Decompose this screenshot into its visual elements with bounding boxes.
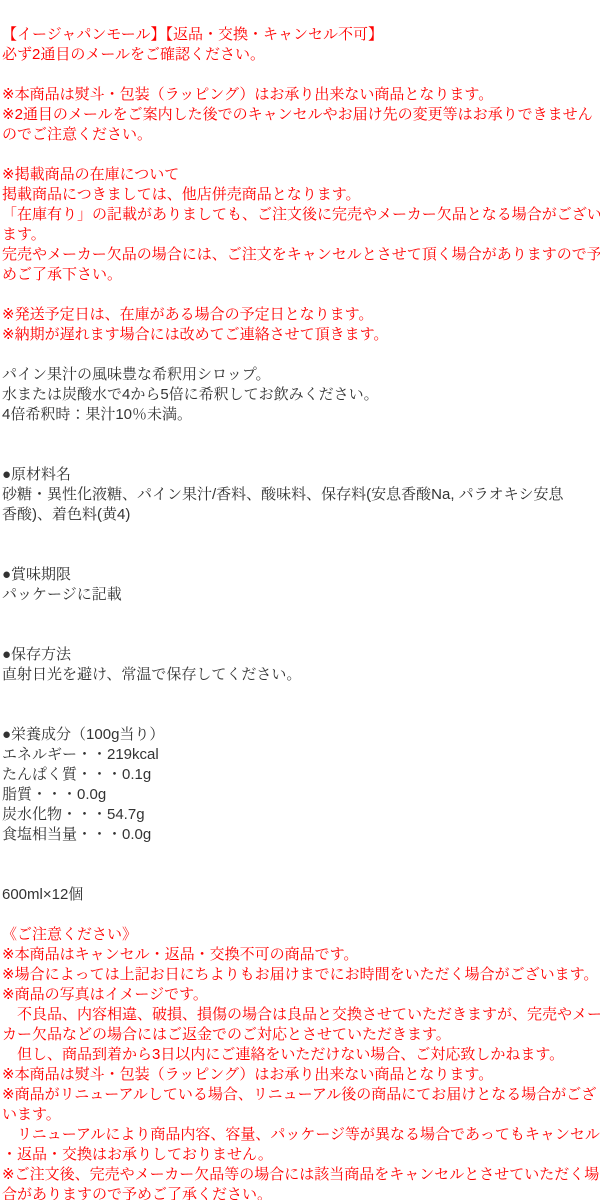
text-line: います。 — [2, 1105, 600, 1125]
text-line: 直射日光を避け、常温で保存してください。 — [2, 665, 600, 685]
text-line: ※商品がリニューアルしている場合、リニューアル後の商品にてお届けとなる場合がござ — [2, 1085, 600, 1105]
text-line: パイン果汁の風味豊な希釈用シロップ。 — [2, 365, 600, 385]
blank-line — [2, 65, 600, 85]
text-line: ●保存方法 — [2, 645, 600, 665]
text-line: ※発送予定日は、在庫がある場合の予定日となります。 — [2, 305, 600, 325]
blank-line — [2, 445, 600, 465]
blank-line — [2, 425, 600, 445]
text-line: 4倍希釈時：果汁10％未満。 — [2, 405, 600, 425]
text-line: 600ml×12個 — [2, 885, 600, 905]
text-line: ※納期が遅れます場合には改めてご連絡させて頂きます。 — [2, 325, 600, 345]
blank-line — [2, 685, 600, 705]
text-line: エネルギー・・219kcal — [2, 745, 600, 765]
text-line: 脂質・・・0.0g — [2, 785, 600, 805]
blank-line — [2, 705, 600, 725]
blank-line — [2, 845, 600, 865]
text-line: ※2通目のメールをご案内した後でのキャンセルやお届け先の変更等はお承りできません — [2, 105, 600, 125]
text-line: 炭水化物・・・54.7g — [2, 805, 600, 825]
blank-line — [2, 865, 600, 885]
text-line: ※本商品は熨斗・包装（ラッピング）はお承り出来ない商品となります。 — [2, 85, 600, 105]
text-line: 《ご注意ください》 — [2, 925, 600, 945]
blank-line — [2, 905, 600, 925]
text-line: ※商品の写真はイメージです。 — [2, 985, 600, 1005]
text-line: 但し、商品到着から3日以内にご連絡をいただけない場合、ご対応致しかねます。 — [2, 1045, 600, 1065]
blank-line — [2, 525, 600, 545]
text-line: ※本商品はキャンセル・返品・交換不可の商品です。 — [2, 945, 600, 965]
blank-line — [2, 285, 600, 305]
text-line: 掲載商品につきましては、他店併売商品となります。 — [2, 185, 600, 205]
blank-line — [2, 605, 600, 625]
text-line: ・返品・交換はお承りしておりません。 — [2, 1145, 600, 1165]
text-line: 香酸)、着色料(黄4) — [2, 505, 600, 525]
text-line: 【イージャパンモール】【返品・交換・キャンセル不可】 — [2, 25, 600, 45]
text-line: パッケージに記載 — [2, 585, 600, 605]
text-line: ※本商品は熨斗・包装（ラッピング）はお承り出来ない商品となります。 — [2, 1065, 600, 1085]
text-line: たんぱく質・・・0.1g — [2, 765, 600, 785]
text-line: 水または炭酸水で4から5倍に希釈してお飲みください。 — [2, 385, 600, 405]
text-line: 食塩相当量・・・0.0g — [2, 825, 600, 845]
product-description: 【イージャパンモール】【返品・交換・キャンセル不可】必ず2通目のメールをご確認く… — [0, 0, 600, 1200]
text-line: 完売やメーカー欠品の場合には、ご注文をキャンセルとさせて頂く場合がありますので予 — [2, 245, 600, 265]
text-line: 合がありますので予めご了承ください。 — [2, 1185, 600, 1200]
text-line: ●原材料名 — [2, 465, 600, 485]
text-line: のでご注意ください。 — [2, 125, 600, 145]
text-line: 不良品、内容相違、破損、損傷の場合は良品と交換させていただきますが、完売やメー — [2, 1005, 600, 1025]
text-line: めご了承下さい。 — [2, 265, 600, 285]
blank-line — [2, 145, 600, 165]
blank-line — [2, 545, 600, 565]
text-line: 砂糖・異性化液糖、パイン果汁/香料、酸味料、保存料(安息香酸Na, パラオキシ安… — [2, 485, 600, 505]
blank-line — [2, 625, 600, 645]
text-line: ●賞味期限 — [2, 565, 600, 585]
text-line: ます。 — [2, 225, 600, 245]
text-line: リニューアルにより商品内容、容量、パッケージ等が異なる場合であってもキャンセル — [2, 1125, 600, 1145]
text-line: ●栄養成分（100g当り） — [2, 725, 600, 745]
text-line: ※場合によっては上記お日にちよりもお届けまでにお時間をいただく場合がございます。 — [2, 965, 600, 985]
text-line: ※ご注文後、完売やメーカー欠品等の場合には該当商品をキャンセルとさせていただく場 — [2, 1165, 600, 1185]
text-line: カー欠品などの場合にはご返金でのご対応とさせていただきます。 — [2, 1025, 600, 1045]
text-line: 「在庫有り」の記載がありましても、ご注文後に完売やメーカー欠品となる場合がござい — [2, 205, 600, 225]
text-line: 必ず2通目のメールをご確認ください。 — [2, 45, 600, 65]
text-line: ※掲載商品の在庫について — [2, 165, 600, 185]
blank-line — [2, 345, 600, 365]
